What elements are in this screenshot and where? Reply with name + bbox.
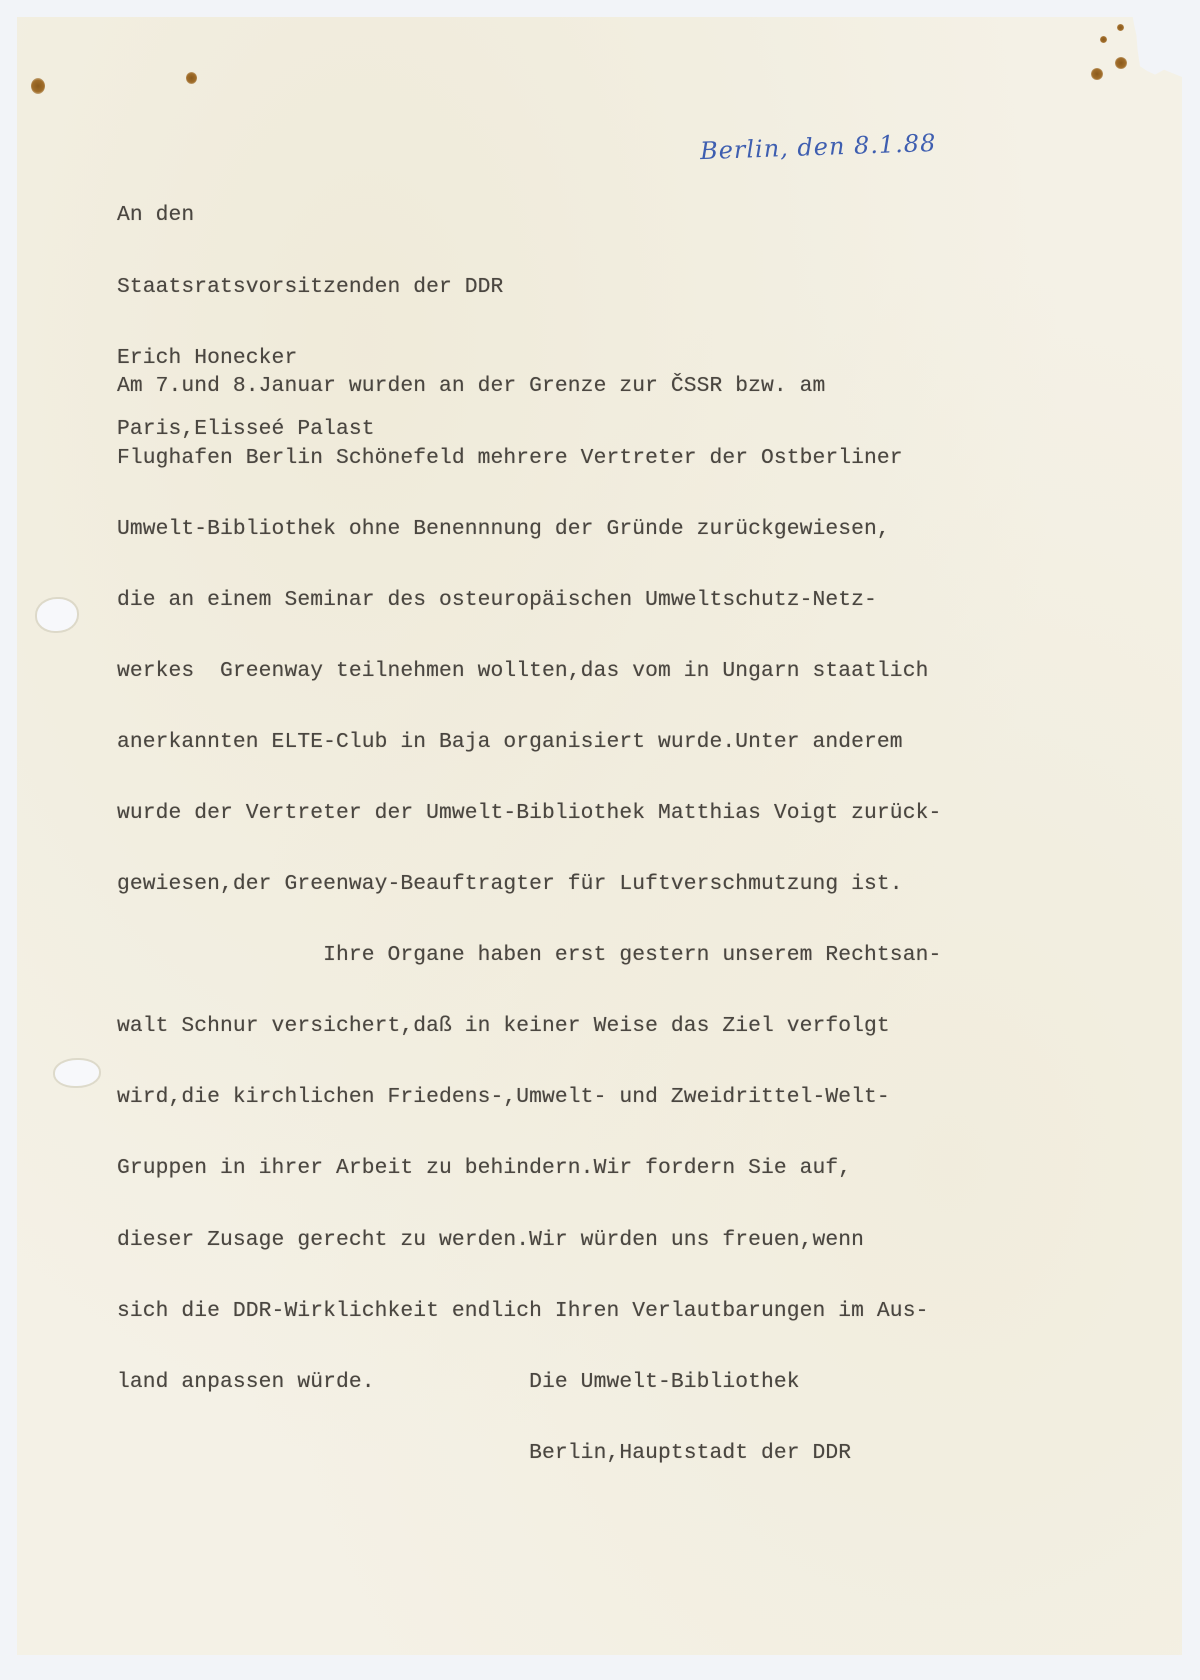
punch-hole — [37, 599, 77, 631]
rust-stain — [186, 72, 197, 84]
body-line: walt Schnur versichert,daß in keiner Wei… — [117, 1015, 941, 1039]
body-line: Gruppen in ihrer Arbeit zu behindern.Wir… — [117, 1157, 941, 1181]
body-line: Am 7.und 8.Januar wurden an der Grenze z… — [117, 375, 941, 399]
body-line: gewiesen,der Greenway-Beauftragter für L… — [117, 873, 941, 897]
rust-stain — [1115, 57, 1127, 69]
body-line: Ihre Organe haben erst gestern unserem R… — [117, 944, 941, 968]
handwritten-date: Berlin, den 8.1.88 — [700, 129, 937, 165]
body-line: wurde der Vertreter der Umwelt-Bibliothe… — [117, 802, 941, 826]
rust-stain — [31, 78, 45, 94]
body-line: sich die DDR-Wirklichkeit endlich Ihren … — [117, 1300, 941, 1324]
recipient-line: An den — [117, 204, 503, 228]
body-line: die an einem Seminar des osteuropäischen… — [117, 589, 941, 613]
rust-stain — [1091, 68, 1103, 80]
body-line-closing: land anpassen würde. Die Umwelt-Biblioth… — [117, 1371, 941, 1395]
letter-page: Berlin, den 8.1.88 An den Staatsratsvors… — [17, 17, 1182, 1655]
recipient-line: Staatsratsvorsitzenden der DDR — [117, 276, 503, 300]
letter-body: Am 7.und 8.Januar wurden an der Grenze z… — [117, 328, 941, 1513]
body-line: Flughafen Berlin Schönefeld mehrere Vert… — [117, 447, 941, 471]
torn-corner — [1122, 17, 1182, 77]
body-line: anerkannten ELTE-Club in Baja organisier… — [117, 731, 941, 755]
signature-line: Berlin,Hauptstadt der DDR — [117, 1442, 941, 1466]
body-line: Umwelt-Bibliothek ohne Benennnung der Gr… — [117, 518, 941, 542]
rust-stain — [1117, 24, 1124, 31]
rust-stain — [1100, 36, 1107, 43]
body-line: wird,die kirchlichen Friedens-,Umwelt- u… — [117, 1086, 941, 1110]
body-line: werkes Greenway teilnehmen wollten,das v… — [117, 660, 941, 684]
body-line: dieser Zusage gerecht zu werden.Wir würd… — [117, 1229, 941, 1253]
punch-hole — [55, 1060, 99, 1086]
